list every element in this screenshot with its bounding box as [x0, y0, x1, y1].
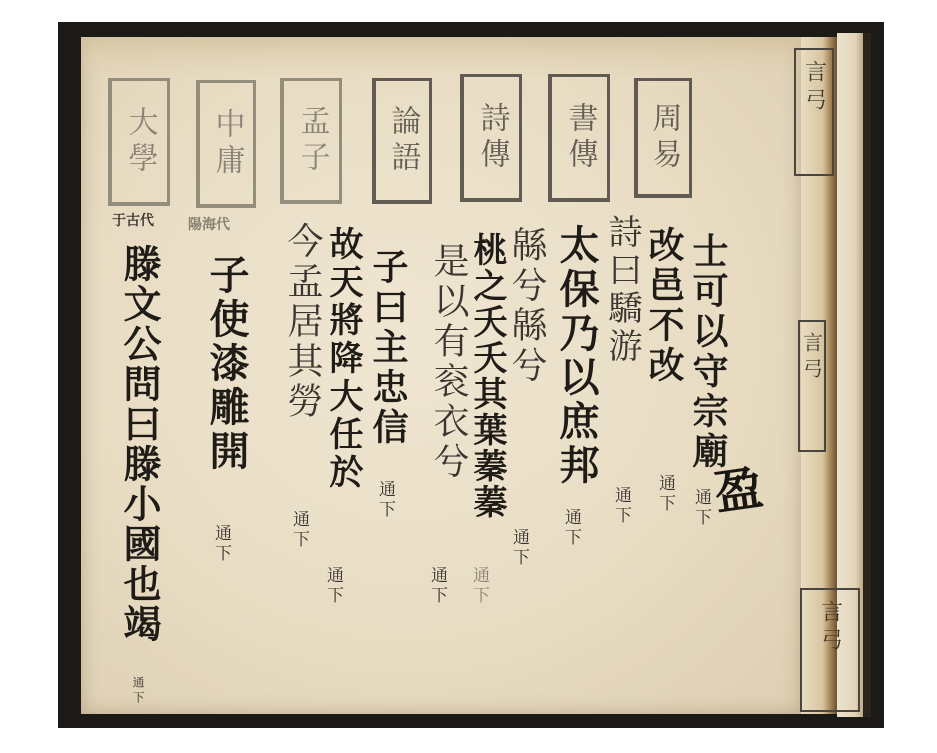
header-label: 中庸	[212, 108, 242, 180]
quote-column: 太保乃以庶邦	[556, 224, 596, 488]
header-box-zhouyi: 周易	[634, 78, 692, 198]
grade-note: 通下	[656, 474, 673, 514]
header-label: 周易	[649, 102, 679, 174]
quote-column: 滕文公問曰滕小國也竭	[120, 244, 158, 644]
grade-note: 通下	[212, 524, 229, 564]
quote-column: 士可以守宗廟	[690, 232, 726, 472]
grading-mark: 盈	[709, 449, 766, 524]
quote-column: 桃之夭夭其葉蓁蓁	[470, 232, 504, 520]
quote-column: 是以有衮衣兮	[430, 242, 466, 482]
grade-note: 通下	[692, 488, 709, 528]
header-box-shuzhuan: 書傳	[548, 74, 610, 202]
quote-column: 子使漆雕開	[206, 254, 246, 474]
quote-column: 故天將降大任於	[326, 226, 360, 492]
side-note-yanghae: 陽海代	[188, 214, 230, 234]
quote-column: 今孟居其勞	[284, 222, 320, 422]
grade-note-faint: 通下	[470, 566, 487, 606]
grade-note: 通下	[132, 676, 144, 706]
tab-label: 言弓	[815, 600, 846, 656]
quote-column: 子曰主忠信	[370, 248, 406, 448]
header-label: 孟子	[297, 105, 327, 177]
tab-label: 言弓	[798, 332, 827, 384]
grade-note: 通下	[290, 510, 307, 550]
quote-column: 改邑不改	[646, 226, 682, 386]
grade-note: 通下	[612, 486, 629, 526]
quote-column: 詩曰驕游	[605, 214, 639, 366]
grade-note: 通下	[376, 480, 393, 520]
page-tab-middle: 言弓	[798, 320, 826, 452]
header-box-lunyu: 論語	[372, 78, 432, 204]
header-label: 詩傳	[477, 102, 507, 174]
header-label: 論語	[388, 105, 418, 177]
grade-note: 通下	[510, 528, 527, 568]
header-box-zhongyong: 中庸	[196, 80, 256, 208]
header-label: 書傳	[565, 102, 595, 174]
tab-label: 言弓	[799, 60, 830, 116]
page-tab-bottom: 言弓	[800, 588, 860, 712]
header-label: 大學	[125, 106, 155, 178]
grade-note: 通下	[324, 566, 341, 606]
header-box-mengzi: 孟子	[280, 78, 342, 204]
page-tab-top: 言弓	[794, 48, 834, 176]
grade-note: 通下	[428, 566, 445, 606]
header-box-shizhuan: 詩傳	[460, 74, 522, 202]
header-box-daxue: 大學	[108, 78, 170, 206]
side-note-yugo: 于古代	[112, 210, 154, 230]
quote-column: 緜兮緜兮	[508, 226, 544, 386]
grade-note: 通下	[562, 508, 579, 548]
page-edge-shadow	[863, 33, 871, 717]
